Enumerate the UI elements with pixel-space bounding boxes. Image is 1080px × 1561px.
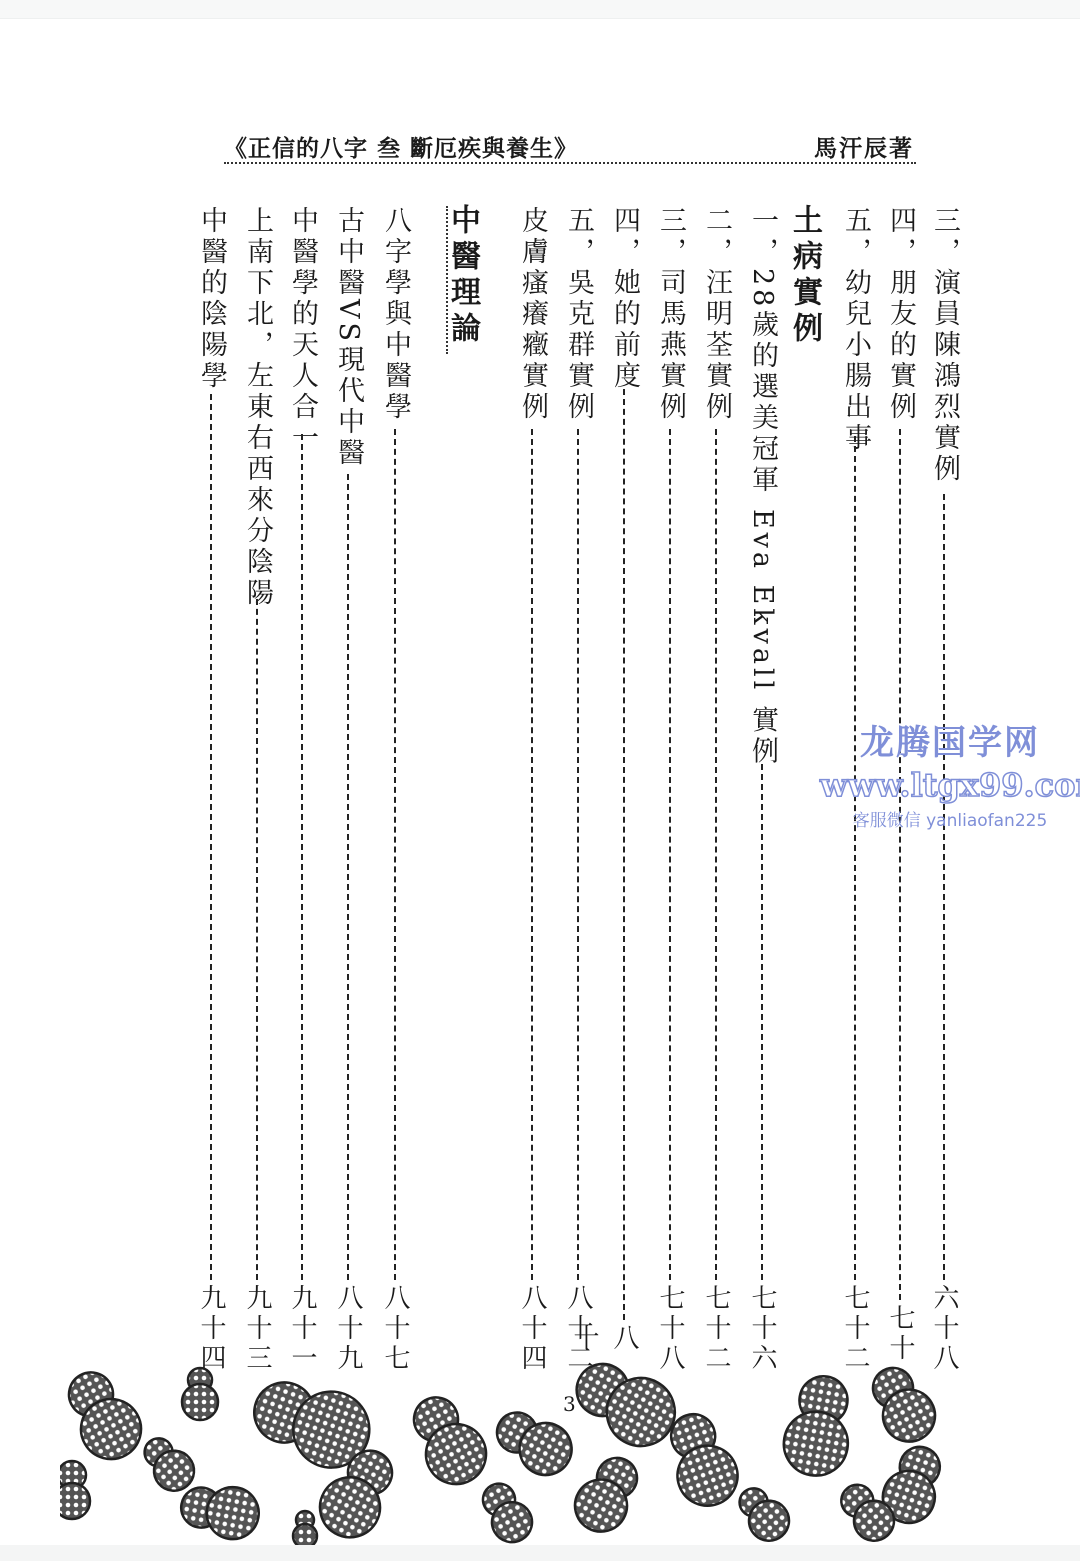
- toc-entry-title: 三，司馬燕實例: [650, 206, 690, 423]
- gourd-decoration: [60, 1360, 960, 1545]
- toc-entry-title: 中醫的陰陽學: [191, 206, 231, 392]
- dotted-leader: [301, 434, 303, 1280]
- dotted-leader: [715, 429, 717, 1280]
- toc-entry-title: 一，28歲的選美冠軍 Eva Ekvall 實例: [742, 206, 782, 768]
- toc-entry-title: 四，朋友的實例: [880, 206, 920, 423]
- toc-entry[interactable]: 上南下北，左東右西來分陰陽九十三: [237, 206, 277, 1376]
- watermark-url: www.ltgx99.com: [820, 766, 1080, 804]
- toc-entry-title: 四，她的前度: [604, 206, 644, 392]
- section-divider: [446, 206, 448, 354]
- watermark-title: 龙腾国学网: [820, 715, 1080, 764]
- toc-entry-title: 中醫學的天人合一: [282, 206, 322, 454]
- toc-entry-title: 上南下北，左東右西來分陰陽: [237, 206, 277, 609]
- toc-entry-title: 五，幼兒小腸出事: [835, 206, 875, 454]
- bottom-scan-band: [0, 1545, 1080, 1561]
- toc-page-number: 七十: [880, 1304, 920, 1364]
- dotted-leader: [854, 436, 856, 1280]
- dotted-leader: [669, 429, 671, 1280]
- book-title: 《正信的八字 叁 斷厄疾與養生》: [224, 130, 578, 163]
- toc-entry-title: 古中醫VS現代中醫: [328, 206, 368, 469]
- dotted-leader: [394, 429, 396, 1280]
- toc-entry-title: 皮膚瘙癢癥實例: [512, 206, 552, 423]
- toc-entry-title: 三，演員陳鴻烈實例: [924, 206, 964, 485]
- toc-entry[interactable]: 古中醫VS現代中醫八十九: [328, 206, 368, 1376]
- dotted-leader: [761, 764, 763, 1280]
- dotted-leader: [347, 474, 349, 1280]
- watermark-contact: 客服微信 yanliaofan225: [820, 806, 1080, 831]
- section-label: 土病實例: [782, 204, 826, 348]
- toc-entry[interactable]: 三，司馬燕實例七十八: [650, 206, 690, 1376]
- top-scan-band: [0, 0, 1080, 19]
- dotted-leader: [531, 429, 533, 1280]
- toc-entry[interactable]: 八字學與中醫學八十七: [375, 206, 415, 1376]
- gourd-pattern-icon: [60, 1360, 960, 1545]
- dotted-leader: [210, 394, 212, 1280]
- toc-entry[interactable]: 二，汪明荃實例七十二: [696, 206, 736, 1376]
- dotted-leader: [256, 599, 258, 1280]
- toc-entry-title: 八字學與中醫學: [375, 206, 415, 423]
- toc-entry[interactable]: 中醫的陰陽學九十四: [191, 206, 231, 1376]
- dotted-leader: [623, 389, 625, 1320]
- toc-entry[interactable]: 五，吳克群實例八十二: [558, 206, 598, 1376]
- author: 馬汗辰著: [814, 130, 914, 163]
- toc-section-heading: 土病實例: [782, 204, 832, 348]
- dotted-leader: [577, 429, 579, 1280]
- watermark: 龙腾国学网 www.ltgx99.com 客服微信 yanliaofan225: [820, 715, 1080, 831]
- toc-entry[interactable]: 中醫學的天人合一九十一: [282, 206, 322, 1376]
- toc-entry[interactable]: 一，28歲的選美冠軍 Eva Ekvall 實例七十六: [742, 206, 782, 1376]
- toc-entry-title: 五，吳克群實例: [558, 206, 598, 423]
- dotted-leader: [899, 429, 901, 1300]
- toc-entry-title: 二，汪明荃實例: [696, 206, 736, 423]
- running-header: 《正信的八字 叁 斷厄疾與養生》 馬汗辰著: [224, 128, 916, 164]
- toc-entry[interactable]: 皮膚瘙癢癥實例八十四: [512, 206, 552, 1376]
- dotted-leader: [943, 494, 945, 1280]
- toc-entry[interactable]: 四，她的前度八十: [604, 206, 644, 1376]
